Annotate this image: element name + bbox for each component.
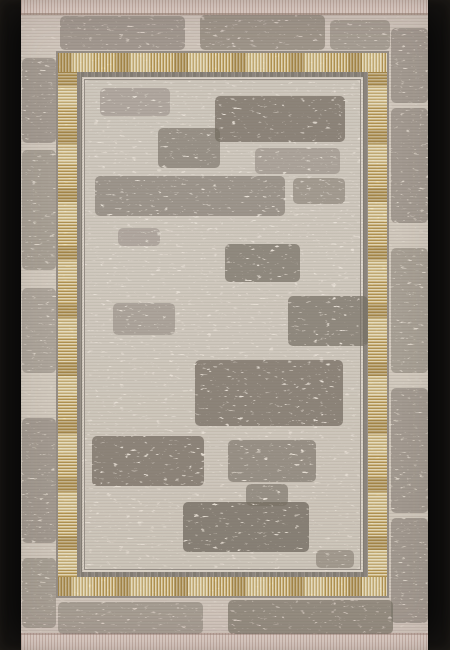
fringe-top	[21, 0, 428, 15]
rug	[21, 0, 428, 650]
inner-frame-line	[84, 79, 361, 570]
fringe-bottom	[21, 633, 428, 650]
rug-border-frame	[56, 51, 389, 598]
photo-background	[0, 0, 450, 650]
gold-band-bottom	[58, 577, 387, 596]
gold-band-top	[58, 53, 387, 72]
gold-band-right	[368, 72, 387, 577]
gold-band-left	[58, 72, 77, 577]
